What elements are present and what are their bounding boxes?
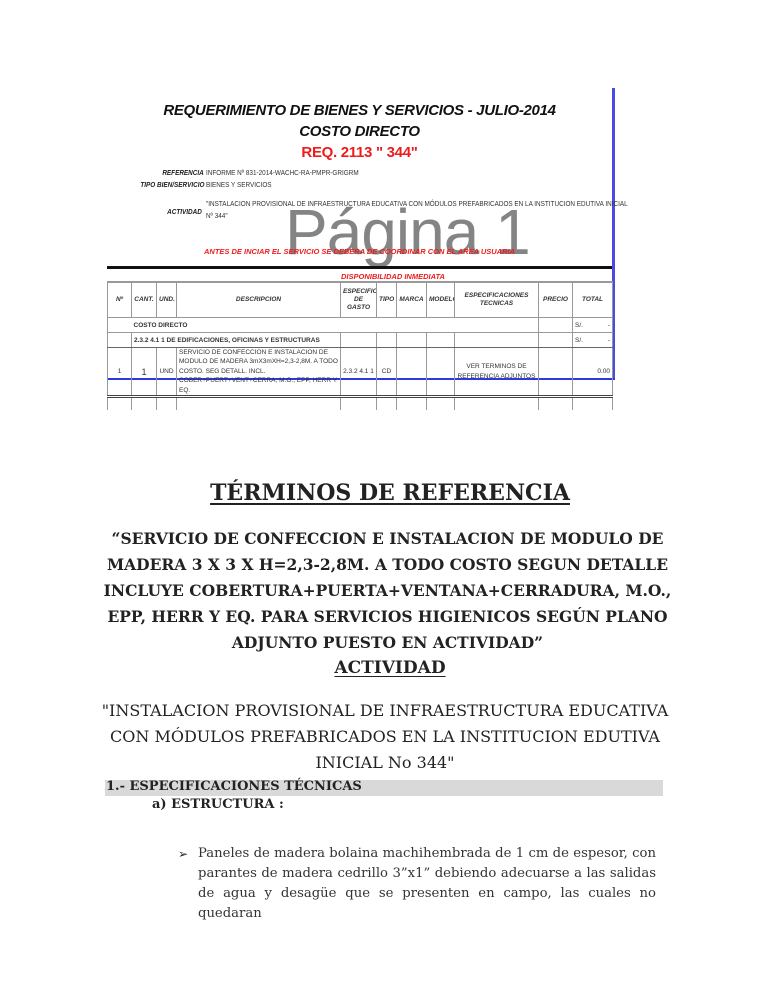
- requirements-table: Nº CANT. UND. DESCRIPCION ESPECIFICA DE …: [107, 281, 613, 410]
- section-total: S/.-: [573, 333, 613, 348]
- actividad-value-line2: Nº 344": [206, 211, 228, 220]
- col-header: PRECIO: [539, 282, 573, 318]
- col-header: TIPO: [377, 282, 397, 318]
- service-title: “SERVICIO DE CONFECCION E INSTALACION DE…: [95, 526, 680, 656]
- table-row: 1 1 UND SERVICIO DE CONFECCION E INSTALA…: [108, 348, 613, 397]
- actividad-label: ACTIVIDAD: [167, 207, 202, 216]
- subsection-title: a) ESTRUCTURA :: [152, 797, 284, 812]
- col-header: MODELO: [427, 282, 455, 318]
- costo-directo-total: S/.-: [573, 318, 613, 333]
- costo-directo-row: COSTO DIRECTO S/.-: [108, 318, 613, 333]
- col-header: Nº: [108, 282, 132, 318]
- item-quantity: 1: [132, 348, 157, 397]
- bullet-paragraph: Paneles de madera bolaina machihembrada …: [198, 844, 656, 924]
- item-description: SERVICIO DE CONFECCION E INSTALACION DE …: [177, 348, 341, 397]
- referencia-label: REFERENCIA: [163, 168, 204, 177]
- col-header: ESPECIFICA DE GASTO: [341, 282, 377, 318]
- requirement-sheet-image: REQUERIMIENTO DE BIENES Y SERVICIOS - JU…: [107, 88, 614, 383]
- col-header: UND.: [157, 282, 177, 318]
- section-label: 2.3.2 4.1 1 DE EDIFICACIONES, OFICINAS Y…: [132, 333, 341, 348]
- arrow-bullet-icon: ➢: [178, 844, 188, 864]
- col-header: TOTAL: [573, 282, 613, 318]
- item-price: [539, 348, 573, 397]
- item-type: CD: [377, 348, 397, 397]
- sheet-title: REQUERIMIENTO DE BIENES Y SERVICIOS - JU…: [107, 102, 612, 119]
- availability-note: DISPONIBILIDAD INMEDIATA: [341, 272, 445, 281]
- activity-heading: ACTIVIDAD: [100, 658, 680, 678]
- tipo-value: BIENES Y SERVICIOS: [206, 180, 272, 189]
- section-title: 1.- ESPECIFICACIONES TÉCNICAS: [106, 779, 362, 794]
- table-header-row: Nº CANT. UND. DESCRIPCION ESPECIFICA DE …: [108, 282, 613, 318]
- item-total: 0.00: [573, 348, 613, 397]
- item-brand: [397, 348, 427, 397]
- costo-directo-label: COSTO DIRECTO: [132, 318, 539, 333]
- item-number: 1: [108, 348, 132, 397]
- warning-note: ANTES DE INCIAR EL SERVICIO SE DEBERA DE…: [107, 247, 612, 256]
- col-header: DESCRIPCION: [177, 282, 341, 318]
- divider: [107, 266, 612, 269]
- item-expense-code: 2.3.2 4.1 1: [341, 348, 377, 397]
- col-header: ESPECIFICACIONES TECNICAS: [455, 282, 539, 318]
- sheet-req-number: REQ. 2113 " 344": [107, 144, 612, 161]
- col-header: MARCA: [397, 282, 427, 318]
- section-row: 2.3.2 4.1 1 DE EDIFICACIONES, OFICINAS Y…: [108, 333, 613, 348]
- sheet-subtitle: COSTO DIRECTO: [107, 123, 612, 140]
- blank-row: [108, 397, 613, 411]
- referencia-value: INFORME Nº 831-2014-WACHC-RA-PMPR-GRIGRM: [206, 168, 359, 177]
- item-specs: VER TERMINOS DE REFERENCIA ADJUNTOS: [455, 348, 539, 397]
- activity-text: "INSTALACION PROVISIONAL DE INFRAESTRUCT…: [100, 698, 670, 776]
- item-model: [427, 348, 455, 397]
- tipo-label: TIPO BIEN/SERVICIO: [140, 180, 204, 189]
- terms-heading: TÉRMINOS DE REFERENCIA: [100, 480, 680, 506]
- item-unit: UND: [157, 348, 177, 397]
- col-header: CANT.: [132, 282, 157, 318]
